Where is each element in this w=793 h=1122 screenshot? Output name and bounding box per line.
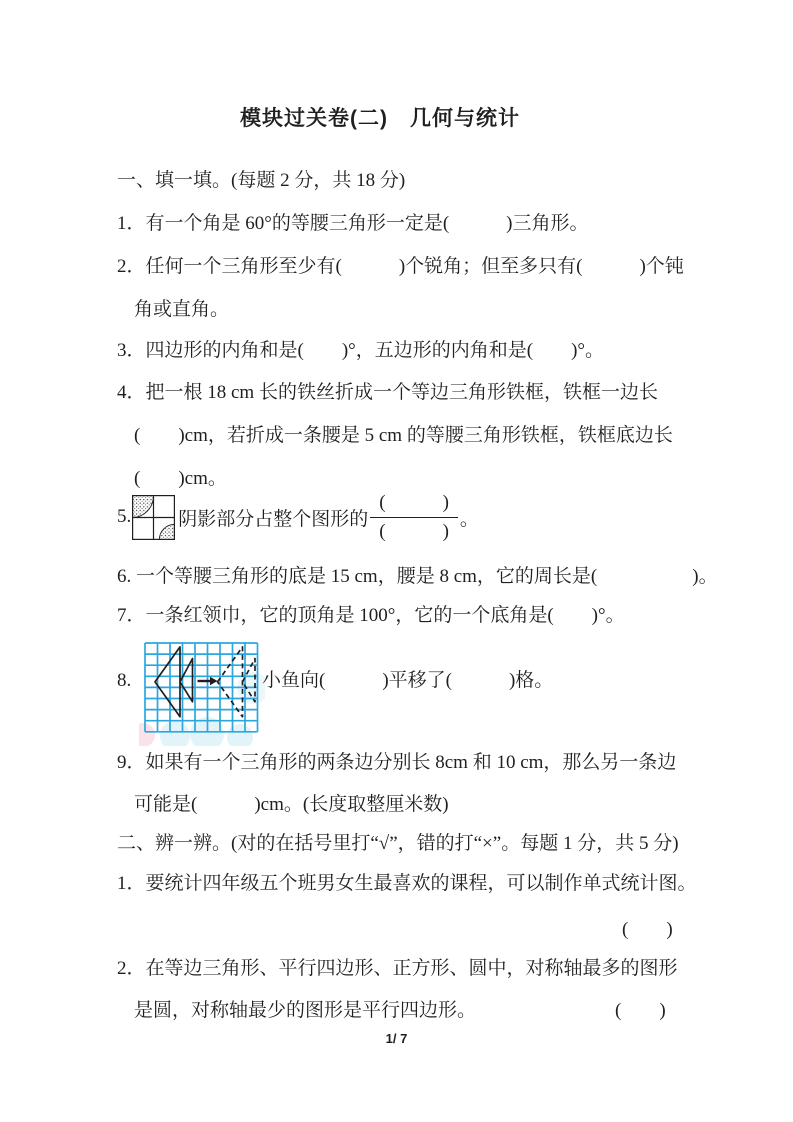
s2-q1-answer-bracket: ( ) [622,917,673,943]
s1-q2-line1: 2．任何一个三角形至少有( )个锐角；但至多只有( )个钝 [117,254,684,280]
s1-q4-line1: 4．把一根 18 cm 长的铁丝折成一个等边三角形铁框，铁框一边长 [117,380,658,406]
page-title: 模块过关卷(二) 几何与统计 [240,102,520,132]
s1-q4-line2: ( )cm，若折成一条腰是 5 cm 的等腰三角形铁框，铁框底边长 [134,423,673,449]
s1-q6-line: 6. 一个等腰三角形的底是 15 cm，腰是 8 cm，它的周长是( )。 [117,564,718,590]
s1-q5-text: 阴影部分占整个图形的 [178,504,368,531]
section1-header: 一、填一填。(每题 2 分，共 18 分) [117,168,405,194]
section2-header: 二、辨一辨。(对的在括号里打“√”，错的打“×”。每题 1 分，共 5 分) [117,831,679,857]
s1-q5-fraction: ( ) ( ) [370,491,458,544]
shaded-quarter-bottom-right [160,524,175,539]
s1-q9-line2: 可能是( )cm。(长度取整厘米数) [134,792,449,818]
shaded-square-figure [132,495,175,540]
s2-q2-line1: 2．在等边三角形、平行四边形、正方形、圆中，对称轴最多的图形 [117,956,678,982]
s1-q7-line: 7．一条红领巾，它的顶角是 100°，它的一个底角是( )°。 [117,603,625,629]
s2-q2-line2: 是圆，对称轴最少的图形是平行四边形。 [134,998,476,1024]
worksheet-page: 模块过关卷(二) 几何与统计 一、填一填。(每题 2 分，共 18 分) 1．有… [0,0,793,1122]
solid-fish-shape [155,647,193,717]
s1-q5-fraction-numerator: ( ) [370,491,458,518]
page-number: 1/ 7 [0,1031,793,1046]
s1-q5-fraction-denominator: ( ) [370,518,458,544]
s1-q2-line2: 角或直角。 [134,297,229,323]
s2-q1-line1: 1．要统计四年级五个班男女生最喜欢的课程，可以制作单式统计图。 [117,871,697,897]
fish-translation-figure [139,642,265,746]
s2-q2-answer-bracket: ( ) [615,998,666,1024]
s1-q9-line1: 9．如果有一个三角形的两条边分别长 8cm 和 10 cm，那么另一条边 [117,750,676,776]
s1-q3-line: 3．四边形的内角和是( )°，五边形的内角和是( )°。 [117,338,604,364]
s1-q8-number: 8. [117,668,131,694]
s1-q5-suffix: 。 [460,504,479,531]
s1-q1-line: 1．有一个角是 60°的等腰三角形一定是( )三角形。 [117,211,589,237]
s1-q5-number: 5. [117,506,131,528]
s1-q8-text: 小鱼向( )平移了( )格。 [262,668,553,694]
s1-q5-line: 5. 阴影部分占整个图形的 ( ) ( ) 。 [117,488,479,546]
shaded-quarter-top-left [133,495,154,517]
